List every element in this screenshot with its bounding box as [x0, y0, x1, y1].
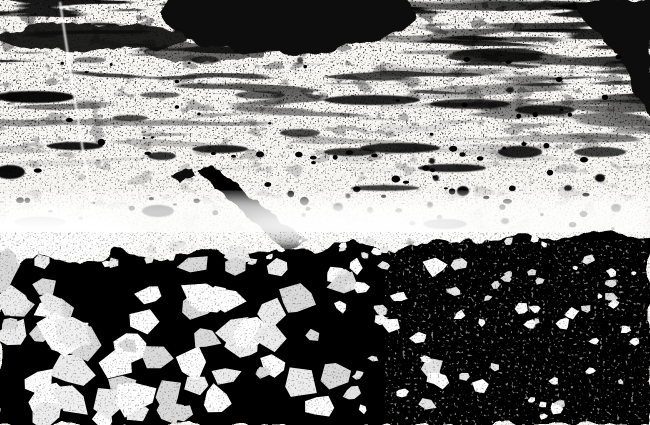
pebbles-upper-right — [616, 55, 622, 60]
scene-root — [0, 0, 650, 425]
pebbles-right-field — [459, 152, 465, 156]
pebbles-right-field — [580, 157, 588, 163]
pebbles-right-field — [509, 186, 516, 192]
pebbles-upper-mid — [175, 80, 180, 84]
pebbles-right-field — [264, 182, 271, 187]
halftone-photo-figure — [0, 0, 650, 425]
shadow-dash — [192, 145, 248, 153]
shadow-dash — [457, 186, 469, 196]
pebbles-right-field — [353, 186, 360, 192]
shadow-dash — [430, 99, 510, 109]
pebbles-upper-mid — [188, 62, 191, 64]
pebbles-upper-mid — [268, 122, 271, 124]
shadow-dash — [324, 95, 420, 105]
rubble-grain-overlay — [0, 232, 650, 425]
shadow-dash — [47, 142, 103, 150]
pebbles-right-field — [430, 168, 436, 172]
pebbles-upper-mid — [151, 136, 154, 138]
pebbles-right-field — [346, 150, 353, 155]
pebbles-left-field — [211, 152, 216, 155]
pebbles-upper-right — [543, 143, 549, 148]
pebbles-upper-right — [430, 133, 434, 136]
shadow-dash — [515, 105, 575, 115]
shadow-dash — [297, 57, 303, 63]
shadow-dash — [595, 174, 605, 182]
pebbles-upper-mid — [61, 62, 64, 65]
pebbles-right-field — [422, 165, 429, 171]
pebbles-upper-mid — [240, 87, 242, 88]
shadow-dash — [112, 115, 148, 121]
pebbles-right-field — [477, 156, 484, 161]
shadow-dash — [140, 92, 180, 98]
pebbles-right-field — [444, 187, 448, 189]
pebbles-upper-right — [559, 108, 563, 111]
pebbles-upper-right — [462, 102, 468, 107]
pebbles-right-field — [311, 161, 316, 164]
shadow-dash — [235, 91, 285, 99]
shadow-dash — [191, 56, 219, 64]
pebbles-right-field — [582, 193, 589, 197]
pebbles-right-field — [310, 156, 317, 160]
pebbles-left-field — [66, 118, 73, 122]
pebbles-left-field — [144, 152, 151, 155]
pebbles-right-field — [333, 155, 338, 160]
pebbles-right-field — [547, 170, 553, 176]
pebbles-upper-right — [602, 95, 608, 100]
pebbles-right-field — [392, 176, 401, 183]
shadow-dash — [148, 152, 176, 160]
pebbles-upper-right — [463, 57, 470, 62]
pebbles-right-field — [295, 152, 302, 158]
pebbles-upper-right — [521, 142, 526, 146]
pebbles-right-field — [502, 147, 506, 150]
pebbles-upper-mid — [110, 63, 113, 66]
pebbles-upper-right — [505, 60, 511, 64]
shadow-dash — [429, 158, 435, 164]
shadow-dash — [74, 57, 106, 63]
pebbles-upper-mid — [197, 113, 200, 116]
pebbles-right-field — [256, 151, 264, 157]
pebbles-upper-mid — [143, 137, 145, 139]
pebbles-right-field — [449, 188, 456, 194]
pebbles-upper-mid — [85, 71, 89, 73]
pebbles-upper-right — [568, 113, 572, 117]
shadow-dash — [506, 87, 514, 93]
pebbles-upper-right — [556, 77, 563, 82]
shadow-dash — [360, 143, 440, 153]
pebbles-upper-mid — [175, 105, 179, 109]
pebbles-upper-right — [396, 99, 400, 102]
pebbles-right-field — [449, 146, 457, 152]
pebbles-right-field — [433, 176, 436, 178]
pebbles-upper-right — [516, 114, 521, 119]
photo-canvas — [0, 0, 650, 425]
shadow-dash — [280, 129, 320, 137]
pebbles-left-field — [98, 139, 105, 146]
shadow-dash — [351, 185, 419, 191]
pebbles-upper-right — [533, 112, 538, 117]
pebbles-upper-mid — [303, 65, 307, 68]
pebbles-left-field — [34, 168, 42, 172]
pebbles-right-field — [403, 181, 409, 184]
shadow-dash — [574, 147, 626, 157]
pebbles-left-field — [231, 155, 236, 158]
shadow-dash — [564, 185, 572, 191]
pebbles-right-field — [371, 154, 377, 158]
